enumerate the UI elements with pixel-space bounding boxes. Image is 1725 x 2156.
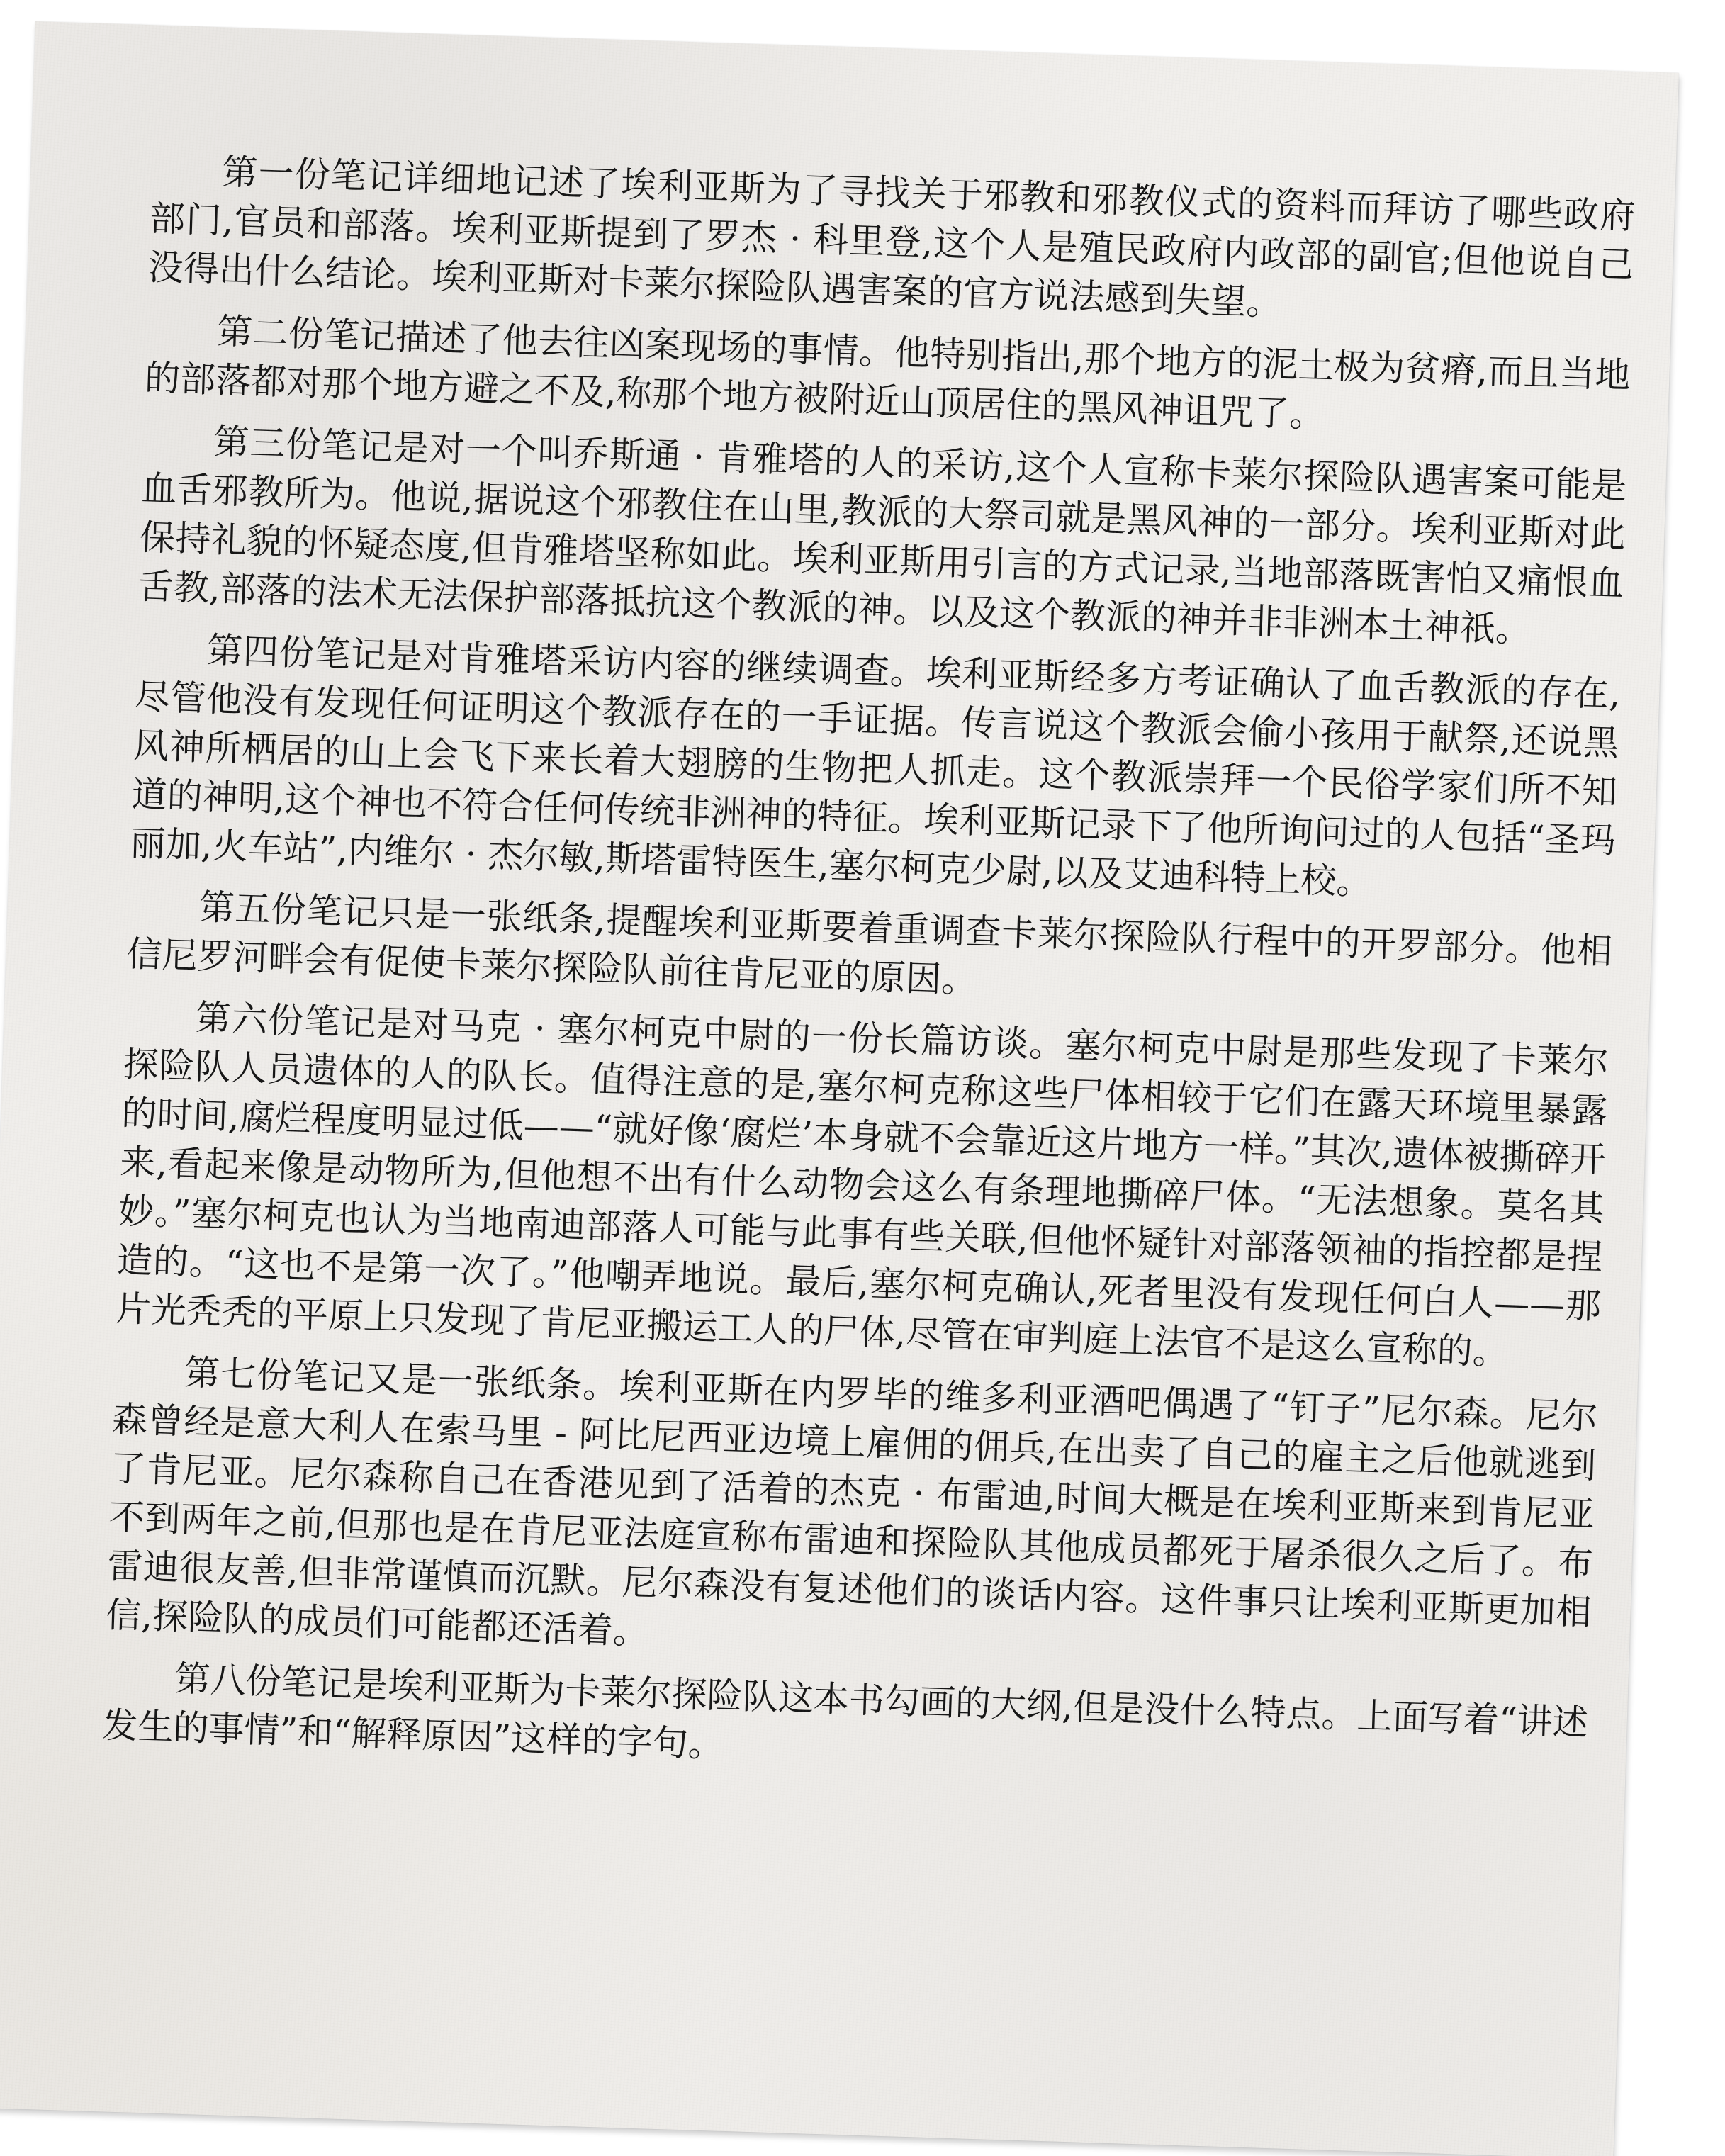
paper-sheet: 第一份笔记详细地记述了埃利亚斯为了寻找关于邪教和邪教仪式的资料而拜访了哪些政府部… xyxy=(0,21,1679,2156)
paragraph-note-3: 第三份笔记是对一个叫乔斯通 · 肯雅塔的人的采访,这个人宣称卡莱尔探险队遇害案可… xyxy=(137,415,1628,658)
paragraph-note-6: 第六份笔记是对马克 · 塞尔柯克中尉的一份长篇访谈。塞尔柯克中尉是那些发现了卡莱… xyxy=(115,992,1609,1381)
document-body: 第一份笔记详细地记述了埃利亚斯为了寻找关于邪教和邪教仪式的资料而拜访了哪些政府部… xyxy=(101,145,1636,1809)
paragraph-note-4: 第四份笔记是对肯雅塔采访内容的继续调查。埃利亚斯经多方考证确认了血舌教派的存在,… xyxy=(130,624,1622,915)
paragraph-note-7: 第七份笔记又是一张纸条。埃利亚斯在内罗毕的维多利亚酒吧偶遇了“钉子”尼尔森。尼尔… xyxy=(105,1346,1598,1686)
paragraph-note-1: 第一份笔记详细地记述了埃利亚斯为了寻找关于邪教和邪教仪式的资料而拜访了哪些政府部… xyxy=(147,145,1636,339)
